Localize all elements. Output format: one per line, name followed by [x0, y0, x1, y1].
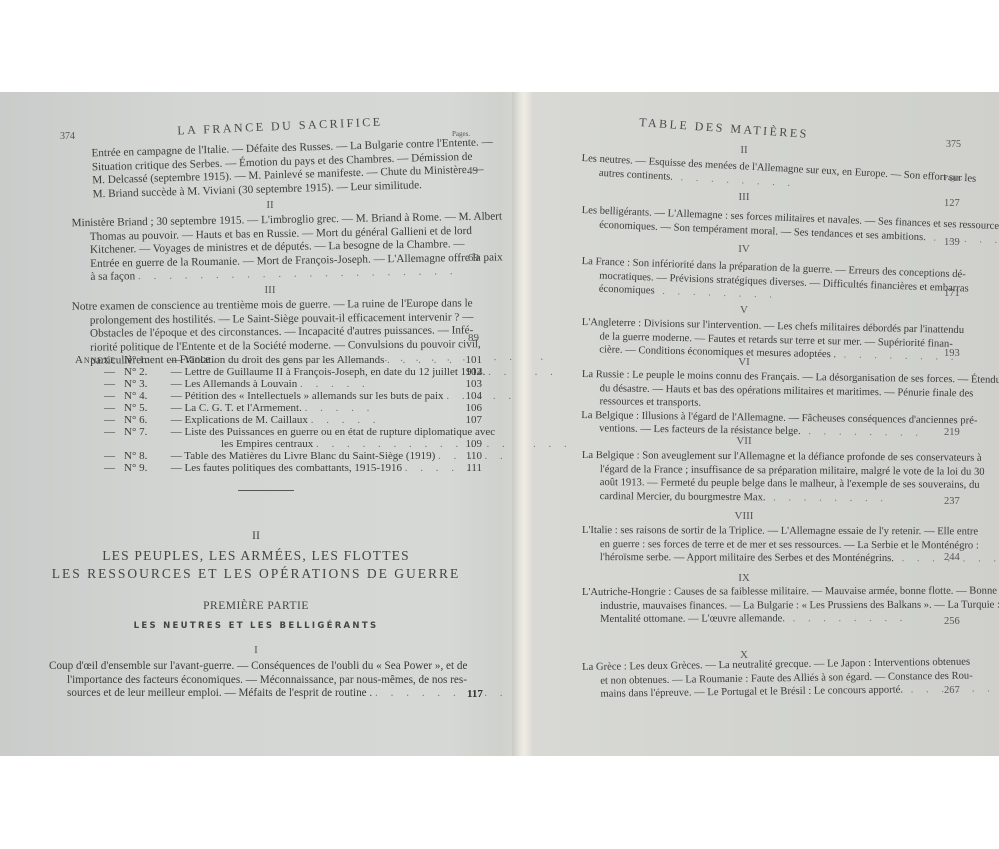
section-divider: [238, 490, 294, 491]
entry-page-number: 267: [944, 684, 960, 698]
entry-page-number: 244: [944, 551, 960, 565]
annexe-title: les Empires centraux: [221, 438, 313, 450]
toc-entry: L'Autriche-Hongrie : Causes de sa faible…: [582, 585, 947, 627]
toc-entry: La France : Son infériorité dans la prép…: [581, 255, 947, 308]
section-roman-numeral: II: [240, 199, 300, 213]
toc-entry: Les belligérants. — L'Allemagne : ses fo…: [581, 204, 947, 245]
annexe-title: — Explications de M. Caillaux: [171, 414, 308, 426]
entry-line: l'héroïsme serbe. — Apport militaire des…: [582, 551, 947, 566]
entry-page-number: 117: [467, 688, 483, 702]
open-book-spread: 374 LA FRANCE DU SACRIFICE Pages. Entrée…: [0, 92, 999, 756]
section-roman-numeral: VI: [704, 356, 784, 370]
entry-line: Mentalité ottomane. — L'œuvre allemande.…: [582, 612, 947, 627]
entry-page-number: 171: [944, 287, 960, 301]
annexe-title: — Pétition des « Intellectuels » alleman…: [171, 390, 444, 402]
part-title-line-2: LES RESSOURCES ET LES OPÉRATIONS DE GUER…: [0, 567, 512, 581]
section-roman-numeral: IV: [704, 243, 784, 257]
section-roman-numeral: VII: [704, 435, 784, 449]
entry-line: l'importance des facteurs économiques. —…: [49, 674, 469, 688]
running-head-right: TABLE DES MATIÈRES: [594, 113, 854, 145]
entry-page-number: 69: [468, 252, 479, 266]
left-page: 374 LA FRANCE DU SACRIFICE Pages. Entrée…: [0, 92, 512, 756]
running-head-left: LA FRANCE DU SACRIFICE: [150, 114, 410, 139]
entry-page-number: 256: [944, 615, 960, 629]
entry-page-number: 237: [944, 495, 960, 509]
entry-line: L'Autriche-Hongrie : Causes de sa faible…: [582, 585, 947, 600]
entry-line: cardinal Mercier, du bourgmestre Max. . …: [582, 489, 947, 505]
toc-entry: La Belgique : Son aveuglement sur l'Alle…: [582, 449, 947, 506]
annexe-title: — Les fautes politiques des combattants,…: [171, 462, 402, 474]
page-number-right: 375: [946, 138, 961, 152]
entry-page-number: 219: [944, 426, 960, 440]
annexe-number: N° 9.: [116, 462, 168, 476]
toc-entry: Entrée en campagne de l'Italie. — Défait…: [91, 137, 480, 202]
toc-entry: Ministère Briand ; 30 septembre 1915. — …: [71, 211, 482, 285]
section-roman-numeral: II: [704, 144, 784, 158]
entry-line: Coup d'œil d'ensemble sur l'avant-guerre…: [49, 660, 469, 674]
toc-entry: La Russie : Le peuple le moins connu des…: [581, 368, 947, 441]
right-page: TABLE DES MATIÈRES 375 IILes neutres. — …: [534, 92, 999, 756]
entry-line: industrie, mauvaises finances. — La Bulg…: [582, 598, 947, 613]
entry-line: sources et de leur meilleur emploi. — Mé…: [67, 687, 372, 699]
annexe-title: — Les Allemands à Louvain: [171, 378, 297, 390]
annexe-row: —N° 9. — Les fautes politiques des comba…: [66, 462, 482, 476]
annexe-label: —: [66, 462, 116, 476]
entry-page-number: 49: [467, 165, 478, 179]
annexe-title: — Liste des Puissances en guerre ou en é…: [171, 426, 495, 438]
entry-page-number: 89: [468, 332, 479, 346]
entry-page-number: 127: [944, 197, 960, 211]
section-roman-numeral: I: [226, 644, 286, 658]
section-roman-numeral: III: [240, 284, 300, 298]
section-roman-numeral: VIII: [704, 510, 784, 524]
annexe-title: — La C. G. T. et l'Armement.: [171, 402, 302, 414]
entry-line: à sa façon: [90, 270, 135, 283]
entry-line: en guerre : ses forces de terre et de me…: [582, 537, 947, 552]
annexe-page-number: 111: [466, 462, 482, 476]
section-roman-numeral: V: [704, 304, 784, 318]
pages-column-label-right: Pages.: [944, 172, 962, 186]
toc-entry: Coup d'œil d'ensemble sur l'avant-guerre…: [49, 660, 469, 701]
toc-entry: La Grèce : Les deux Grèces. — La neutral…: [582, 656, 948, 702]
page-number-left: 374: [60, 130, 75, 144]
annexe-title: — Lettre de Guillaume II à François-Jose…: [171, 366, 486, 378]
entry-page-number: 139: [944, 236, 960, 250]
part-roman-numeral: II: [0, 529, 512, 543]
annexe-title: — Table des Matières du Livre Blanc du S…: [171, 450, 436, 462]
part-title-line-1: LES PEUPLES, LES ARMÉES, LES FLOTTES: [0, 549, 512, 563]
section-roman-numeral: IX: [704, 572, 784, 586]
subpart-heading: PREMIÈRE PARTIE: [0, 600, 512, 614]
annexe-title: — Violation du droit des gens par les Al…: [171, 354, 385, 366]
book-gutter: [512, 92, 534, 756]
toc-entry: L'Italie : ses raisons de sortir de la T…: [582, 524, 947, 566]
section-roman-numeral: III: [704, 191, 784, 205]
entry-page-number: 193: [944, 347, 960, 361]
entry-line: L'Italie : ses raisons de sortir de la T…: [582, 524, 947, 539]
subpart-subtitle: LES NEUTRES ET LES BELLIGÉRANTS: [0, 620, 512, 634]
